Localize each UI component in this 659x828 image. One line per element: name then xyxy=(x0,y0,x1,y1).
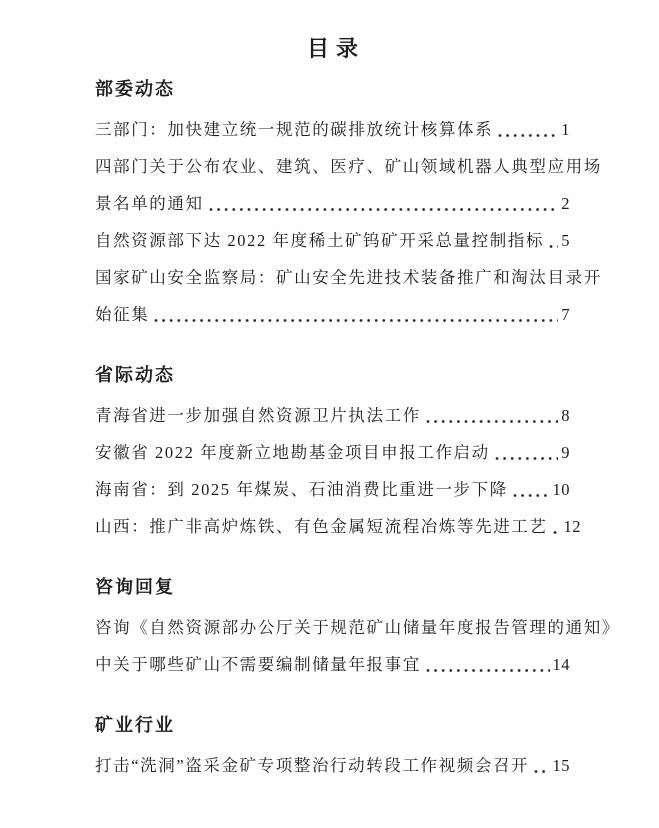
entry-text: 自然资源部下达 2022 年度稀土矿钨矿开采总量控制指标 xyxy=(95,229,544,252)
section-heading: 省际动态 xyxy=(95,362,570,388)
toc-section: 咨询回复 咨询《自然资源部办公厅关于规范矿山储量年度报告管理的通知》 中关于哪些… xyxy=(95,574,570,676)
dot-leader xyxy=(426,667,550,674)
toc-entry-line: 海南省：到 2025 年煤炭、石油消费比重进一步下降 10 xyxy=(95,478,570,501)
dot-leader xyxy=(495,455,559,462)
entry-page-number: 1 xyxy=(561,118,570,141)
dot-leader xyxy=(549,243,558,250)
dot-leader xyxy=(209,206,559,213)
entry-text: 三部门：加快建立统一规范的碳排放统计核算体系 xyxy=(95,118,493,141)
entry-page-number: 15 xyxy=(553,754,571,777)
dot-leader xyxy=(534,768,549,775)
section-entries: 青海省进一步加强自然资源卫片执法工作 8 安徽省 2022 年度新立地勘基金项目… xyxy=(95,404,570,538)
toc-entry-line: 始征集 7 xyxy=(95,303,570,326)
entry-text: 海南省：到 2025 年煤炭、石油消费比重进一步下降 xyxy=(95,478,508,501)
entry-page-number: 8 xyxy=(561,404,570,427)
section-heading: 咨询回复 xyxy=(95,574,570,600)
entry-text: 景名单的通知 xyxy=(95,192,204,215)
entry-page-number: 5 xyxy=(561,229,570,252)
toc-entry-line: 安徽省 2022 年度新立地勘基金项目申报工作启动 9 xyxy=(95,441,570,464)
section-heading: 部委动态 xyxy=(95,76,570,102)
entry-text: 安徽省 2022 年度新立地勘基金项目申报工作启动 xyxy=(95,441,490,464)
entry-page-number: 14 xyxy=(553,653,571,676)
toc-entry-line: 自然资源部下达 2022 年度稀土矿钨矿开采总量控制指标 5 xyxy=(95,229,570,252)
toc-entry-line: 三部门：加快建立统一规范的碳排放统计核算体系 1 xyxy=(95,118,570,141)
dot-leader xyxy=(513,492,550,499)
toc-entry-line: 青海省进一步加强自然资源卫片执法工作 8 xyxy=(95,404,570,427)
entry-page-number: 2 xyxy=(561,192,570,215)
toc-section: 部委动态 三部门：加快建立统一规范的碳排放统计核算体系 1 四部门关于公布农业、… xyxy=(95,76,570,326)
entry-page-number: 7 xyxy=(561,303,570,326)
dot-leader xyxy=(553,529,561,536)
entry-text: 青海省进一步加强自然资源卫片执法工作 xyxy=(95,404,421,427)
toc-entry-line: 景名单的通知 2 xyxy=(95,192,570,215)
section-entries: 咨询《自然资源部办公厅关于规范矿山储量年度报告管理的通知》 中关于哪些矿山不需要… xyxy=(95,616,570,676)
toc-entry-line: 山西：推广非高炉炼铁、有色金属短流程冶炼等先进工艺 12 xyxy=(95,515,570,538)
dot-leader xyxy=(498,132,558,139)
section-entries: 打击“洗洞”盗采金矿专项整治行动转段工作视频会召开 15 xyxy=(95,754,570,777)
entry-page-number: 10 xyxy=(553,478,571,501)
entry-text: 国家矿山安全监察局：矿山安全先进技术装备推广和淘汰目录开 xyxy=(95,266,602,289)
entry-page-number: 12 xyxy=(564,515,582,538)
section-entries: 三部门：加快建立统一规范的碳排放统计核算体系 1 四部门关于公布农业、建筑、医疗… xyxy=(95,118,570,326)
document-page: 目录 部委动态 三部门：加快建立统一规范的碳排放统计核算体系 1 四部门关于公布… xyxy=(0,0,659,828)
entry-text: 山西：推广非高炉炼铁、有色金属短流程冶炼等先进工艺 xyxy=(95,515,548,538)
toc-section: 省际动态 青海省进一步加强自然资源卫片执法工作 8 安徽省 2022 年度新立地… xyxy=(95,362,570,538)
toc-sections: 部委动态 三部门：加快建立统一规范的碳排放统计核算体系 1 四部门关于公布农业、… xyxy=(95,76,570,777)
entry-text: 咨询《自然资源部办公厅关于规范矿山储量年度报告管理的通知》 xyxy=(95,616,620,639)
toc-section: 矿业行业 打击“洗洞”盗采金矿专项整治行动转段工作视频会召开 15 xyxy=(95,712,570,777)
toc-entry-line: 国家矿山安全监察局：矿山安全先进技术装备推广和淘汰目录开 xyxy=(95,266,570,289)
toc-entry-line: 打击“洗洞”盗采金矿专项整治行动转段工作视频会召开 15 xyxy=(95,754,570,777)
entry-text: 中关于哪些矿山不需要编制储量年报事宜 xyxy=(95,653,421,676)
toc-entry-line: 四部门关于公布农业、建筑、医疗、矿山领域机器人典型应用场 xyxy=(95,155,570,178)
section-heading: 矿业行业 xyxy=(95,712,570,738)
entry-text: 四部门关于公布农业、建筑、医疗、矿山领域机器人典型应用场 xyxy=(95,155,602,178)
entry-text: 打击“洗洞”盗采金矿专项整治行动转段工作视频会召开 xyxy=(95,754,529,777)
toc-entry-line: 咨询《自然资源部办公厅关于规范矿山储量年度报告管理的通知》 xyxy=(95,616,570,639)
page-title: 目录 xyxy=(95,34,570,64)
dot-leader xyxy=(426,418,558,425)
toc-entry-line: 中关于哪些矿山不需要编制储量年报事宜 14 xyxy=(95,653,570,676)
entry-text: 始征集 xyxy=(95,303,149,326)
entry-page-number: 9 xyxy=(561,441,570,464)
dot-leader xyxy=(154,317,558,324)
